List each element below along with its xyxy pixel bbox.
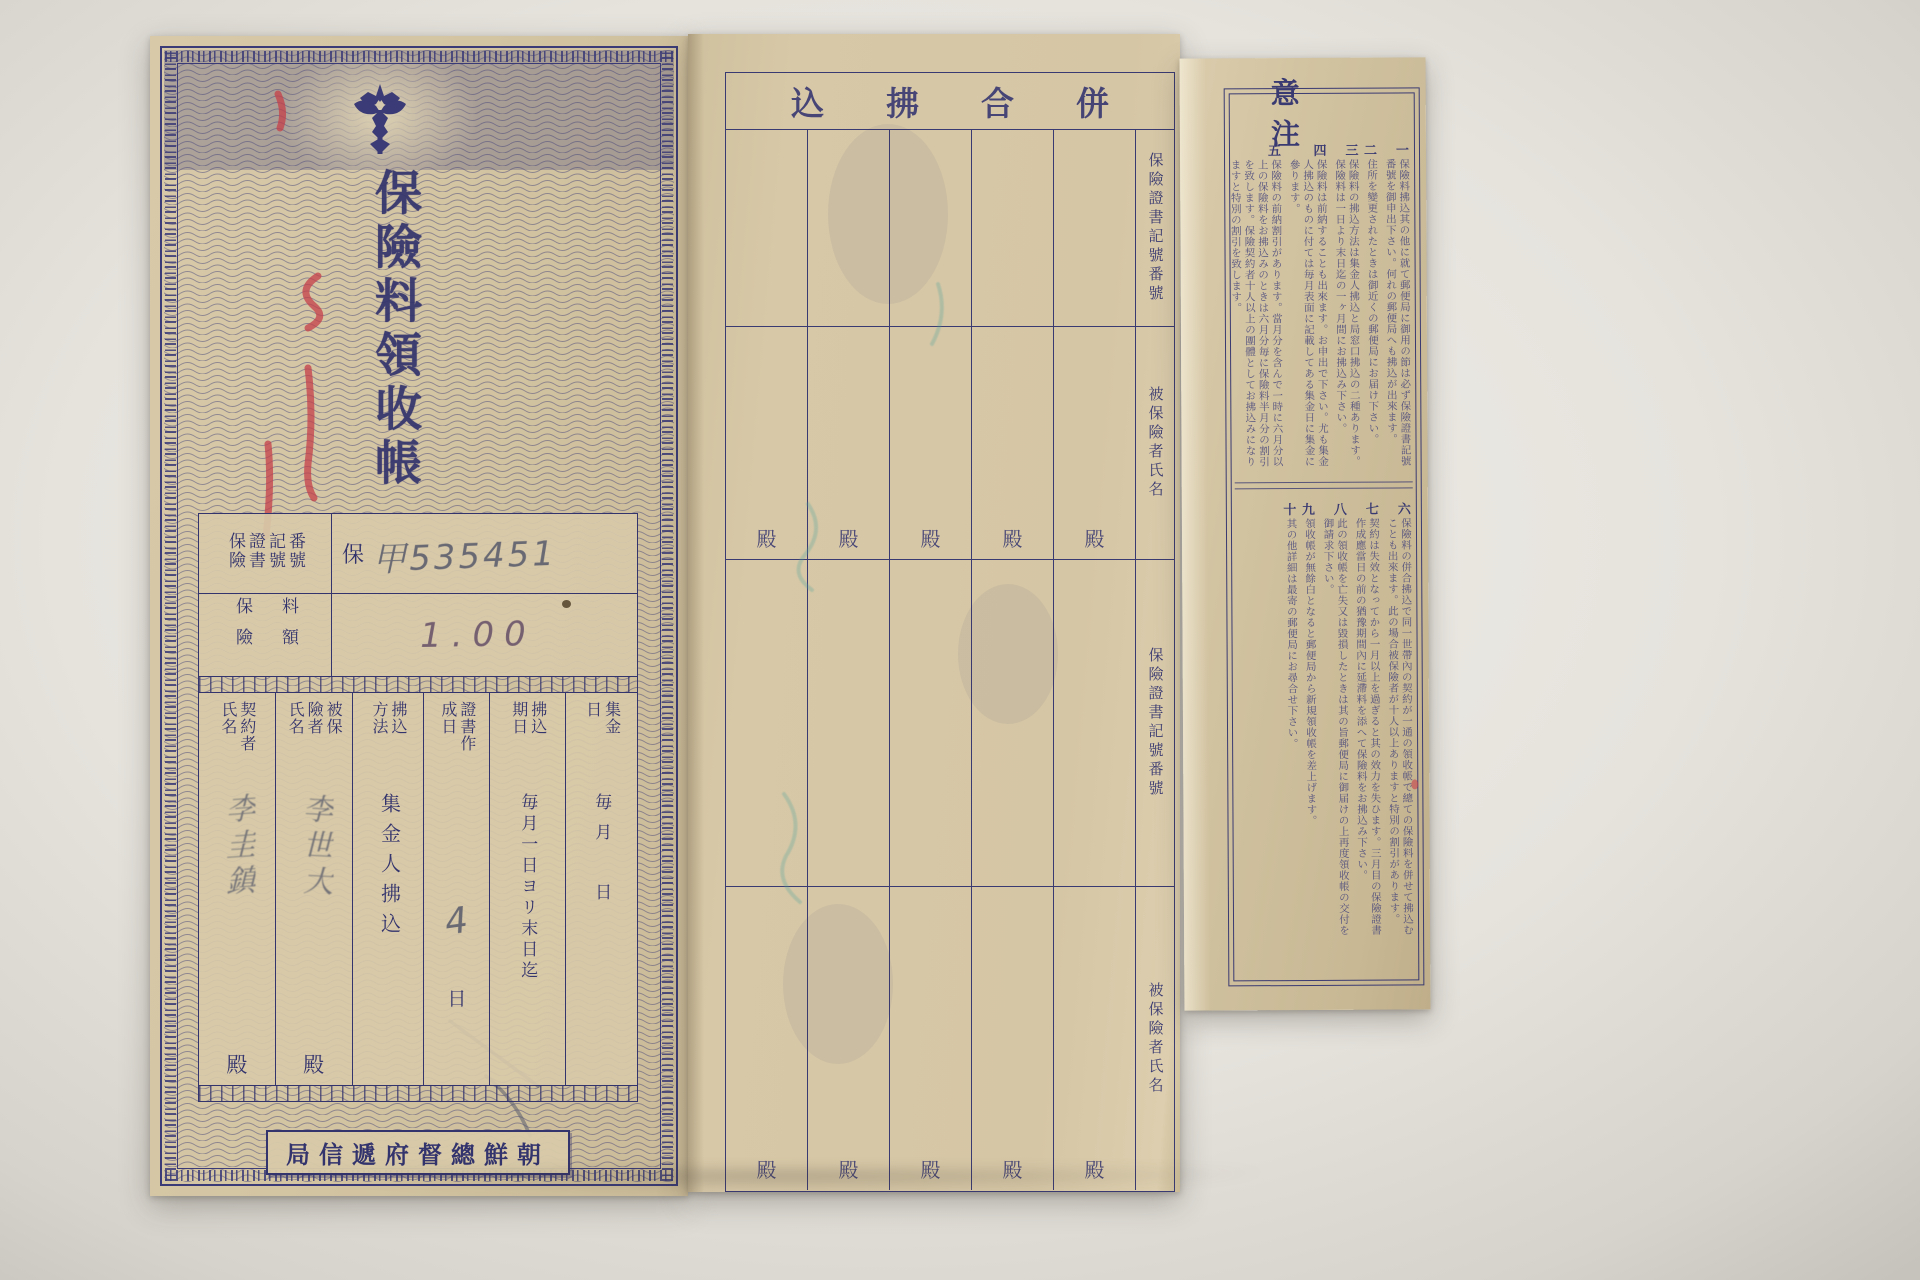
notice-item-5: 五 保險料の前納割引があります。當月分を含んで一時に六月分以上の保險料をお拂込み…	[1228, 140, 1284, 476]
notice-item-9: 九 領收帳が無餘白となると郵便局から新規領收帳を差上げます。	[1302, 499, 1318, 947]
premium-label: 保險料額	[199, 594, 332, 676]
collection-day-column: 集金日 毎月 日	[565, 693, 637, 1085]
honorific-dono: 殿	[1085, 523, 1105, 552]
notice-box: 意注 一 保險料拂込其の他に就て郵便局に御用の節は必ず保險證書記號番號を御申出下…	[1224, 87, 1425, 986]
notice-item-1: 一 保險料拂込其の他に就て郵便局に御用の節は必ず保險證書記號番號を御申出下さい。…	[1383, 139, 1412, 475]
insured-name-row-1: 殿 殿 殿 殿 殿	[726, 326, 1135, 559]
policy-number-field: 保險證書記號番號 保 甲535451	[198, 513, 638, 594]
merged-label-insured-1: 被保險者氏名	[1136, 326, 1174, 559]
notice-item-4: 四 保險料は前納することも出來ます。お申出で下さい。尤も集金人拂込のものに付ては…	[1287, 140, 1329, 476]
merged-payment-header: 込拂合併	[726, 73, 1174, 130]
notice-item-6: 六 保險料の併合拂込で同一世帶內の契約が一通の領收帳で總ての保險料を併せて拂込む…	[1385, 498, 1414, 946]
insured-name-row-2: 殿 殿 殿 殿 殿	[726, 886, 1135, 1190]
honorific-dono: 殿	[276, 1049, 352, 1079]
honorific-dono: 殿	[757, 1154, 777, 1183]
notice-items-lower: 六 保險料の併合拂込で同一世帶內の契約が一通の領收帳で總ての保險料を併せて拂込む…	[1227, 494, 1423, 947]
honorific-dono: 殿	[839, 1154, 859, 1183]
cover-panel: 保險料領收帳 保險證書記號番號 保 甲535451	[150, 36, 688, 1196]
merged-label-insured-2: 被保險者氏名	[1136, 886, 1174, 1190]
certificate-date-column: 證書作成日 4 日	[423, 693, 489, 1085]
policy-number-prefix: 保	[342, 538, 364, 569]
honorific-dono: 殿	[1003, 523, 1023, 552]
hatched-divider	[198, 677, 638, 693]
honorific-dono: 殿	[1085, 1154, 1105, 1183]
policy-number-row-1	[726, 130, 1135, 326]
notice-items-upper: 一 保險料拂込其の他に就て郵便局に御用の節は必ず保險證書記號番號を御申出下さい。…	[1225, 135, 1421, 476]
insured-name-column: 被保險者氏名 李世大 殿	[275, 693, 352, 1085]
honorific-dono: 殿	[1003, 1154, 1023, 1183]
hatched-divider	[198, 1086, 638, 1102]
notice-item-8: 八 此の領收帳を亡失又は毀損したときは其の旨郵便局に御届けの上再度領收帳の交付を…	[1321, 499, 1350, 947]
policy-number-row-2	[726, 559, 1135, 886]
paper-fleck	[562, 600, 571, 608]
merged-row-labels: 保險證書記號番號 被保險者氏名 保險證書記號番號 被保險者氏名	[1135, 130, 1174, 1190]
merged-payment-panel: 込拂合併 殿 殿 殿 殿 殿	[688, 34, 1180, 1192]
payment-period-column: 拂込期日 毎月一日ヨリ末日迄	[489, 693, 565, 1085]
photo-background: 保險料領收帳 保險證書記號番號 保 甲535451	[0, 0, 1920, 1280]
notice-header: 意注	[1225, 88, 1419, 136]
premium-field: 保險料額 1.00	[198, 594, 638, 677]
merged-payment-table: 込拂合併 殿 殿 殿 殿 殿	[725, 72, 1175, 1192]
notice-section-divider	[1235, 481, 1413, 489]
notice-item-7: 七 契約は失效となってから一月以上を過ぎると其の效力を失ひます。三月目の保險證書…	[1353, 499, 1382, 947]
notice-item-10: 十 其の他詳細は最寄の郵便局にお尋合せ下さい。	[1284, 499, 1300, 947]
certificate-date-suffix: 日	[447, 984, 466, 1011]
honorific-dono: 殿	[921, 1154, 941, 1183]
postal-crest-icon	[348, 82, 412, 156]
notice-panel: 意注 一 保險料拂込其の他に就て郵便局に御用の節は必ず保險證書記號番號を御申出下…	[1180, 57, 1431, 1010]
cover-title: 保險料領收帳	[318, 168, 428, 528]
notice-item-2: 二 住所を變更されたときは御近くの郵便局にお届け下さい。	[1364, 140, 1379, 476]
cover-table: 集金日 毎月 日 拂込期日 毎月一日ヨリ末日迄 證書作成日 4 日 拂込方法 集	[198, 693, 638, 1086]
certificate-date-value: 4	[443, 900, 471, 944]
contractor-name-value: 李圭鎮	[215, 791, 259, 1086]
policy-number-label: 保險證書記號番號	[199, 514, 332, 593]
payment-method-column: 拂込方法 集金人拂込	[352, 693, 424, 1085]
merged-label-policy-1: 保險證書記號番號	[1136, 130, 1174, 326]
merged-label-policy-2: 保險證書記號番號	[1136, 559, 1174, 886]
issuer-banner: 局信遞府督總鮮朝	[266, 1130, 570, 1175]
honorific-dono: 殿	[757, 523, 777, 552]
red-fleck	[1411, 779, 1418, 789]
cover-form: 保險證書記號番號 保 甲535451 保險料額 1.00	[198, 513, 638, 1175]
honorific-dono: 殿	[839, 523, 859, 552]
premium-value: 1.00	[420, 614, 536, 656]
meander-border-bottom	[165, 1170, 673, 1181]
contractor-name-column: 契約者氏名 李圭鎮 殿	[199, 693, 275, 1085]
notice-item-3: 三 保險料の拂込方法は集金人拂込と局窓口拂込の二種あります。保險料は一日より末日…	[1332, 140, 1361, 476]
honorific-dono: 殿	[199, 1049, 275, 1079]
honorific-dono: 殿	[921, 523, 941, 552]
policy-number-value: 甲535451	[371, 526, 557, 581]
insured-name-value: 李世大	[292, 792, 336, 1086]
merged-grid: 殿 殿 殿 殿 殿 殿 殿 殿 殿 殿	[726, 130, 1135, 1190]
